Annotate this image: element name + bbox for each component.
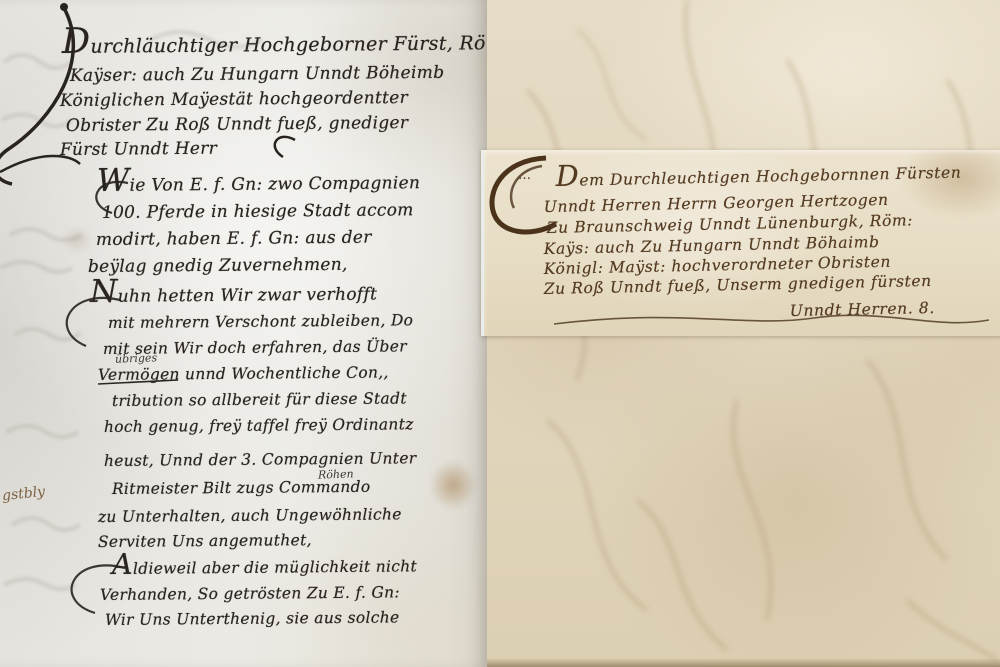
paper-stain: [55, 220, 99, 260]
manuscript-line: Verhanden, So getrösten Zu E. f. Gn:: [100, 583, 400, 604]
interline-insertion: Röhen: [318, 467, 354, 481]
address-panel-strip: … Dem Durchleuchtigen Hochgebornnen Fürs…: [481, 150, 1000, 336]
manuscript-line: Königlichen Maÿestät hochgeordentter: [60, 88, 408, 111]
herr-flourish: [275, 137, 295, 157]
manuscript-line: mit mehrern Verschont zubleiben, Do: [108, 311, 414, 332]
dots-mark: …: [518, 168, 532, 183]
manuscript-line: tribution so allbereit für diese Stadt: [112, 389, 407, 410]
manuscript-line: Obrister Zu Roß Unndt fueß, gnediger: [66, 113, 409, 136]
manuscript-line: Nuhn hetten Wir zwar verhofft: [90, 284, 377, 307]
manuscript-line: Vermögen unnd Wochentliche Con,,: [98, 363, 389, 384]
manuscript-line: Wie Von E. f. Gn: zwo Compagnien: [97, 173, 420, 196]
manuscript-line: Wir Uns Unterthenig, sie aus solche: [105, 608, 400, 629]
manuscript-line: Fürst Unndt Herr: [60, 139, 217, 160]
manuscript-line: beÿlag gnedig Zuvernehmen,: [88, 255, 348, 277]
marginal-annotation: gstbly: [1, 484, 46, 504]
manuscript-line: Aldieweil aber die müglichkeit nicht: [112, 557, 417, 578]
ink-stain: [420, 450, 486, 520]
manuscript-line: heust, Unnd der 3. Compagnien Unter: [104, 449, 417, 470]
manuscript-left-page: Durchläuchtiger Hochgeborner Fürst, Römi…: [0, 0, 487, 667]
interline-insertion: übriges: [115, 351, 158, 365]
address-line: Unndt Herren. 8.: [790, 299, 935, 320]
address-line: Dem Durchleuchtigen Hochgebornnen Fürste…: [556, 164, 962, 190]
manuscript-scan-view: Durchläuchtiger Hochgeborner Fürst, Römi…: [0, 0, 1000, 667]
manuscript-line: Kaÿser: auch Zu Hungarn Unndt Böheimb: [70, 63, 445, 86]
manuscript-line: 100. Pferde in hiesige Stadt accom: [102, 200, 414, 223]
manuscript-line: zu Unterhalten, auch Ungewöhnliche: [98, 505, 402, 526]
manuscript-line: hoch genug, freÿ taffel freÿ Ordinantz: [104, 415, 414, 436]
manuscript-line: modirt, haben E. f. Gn: aus der: [96, 228, 372, 250]
